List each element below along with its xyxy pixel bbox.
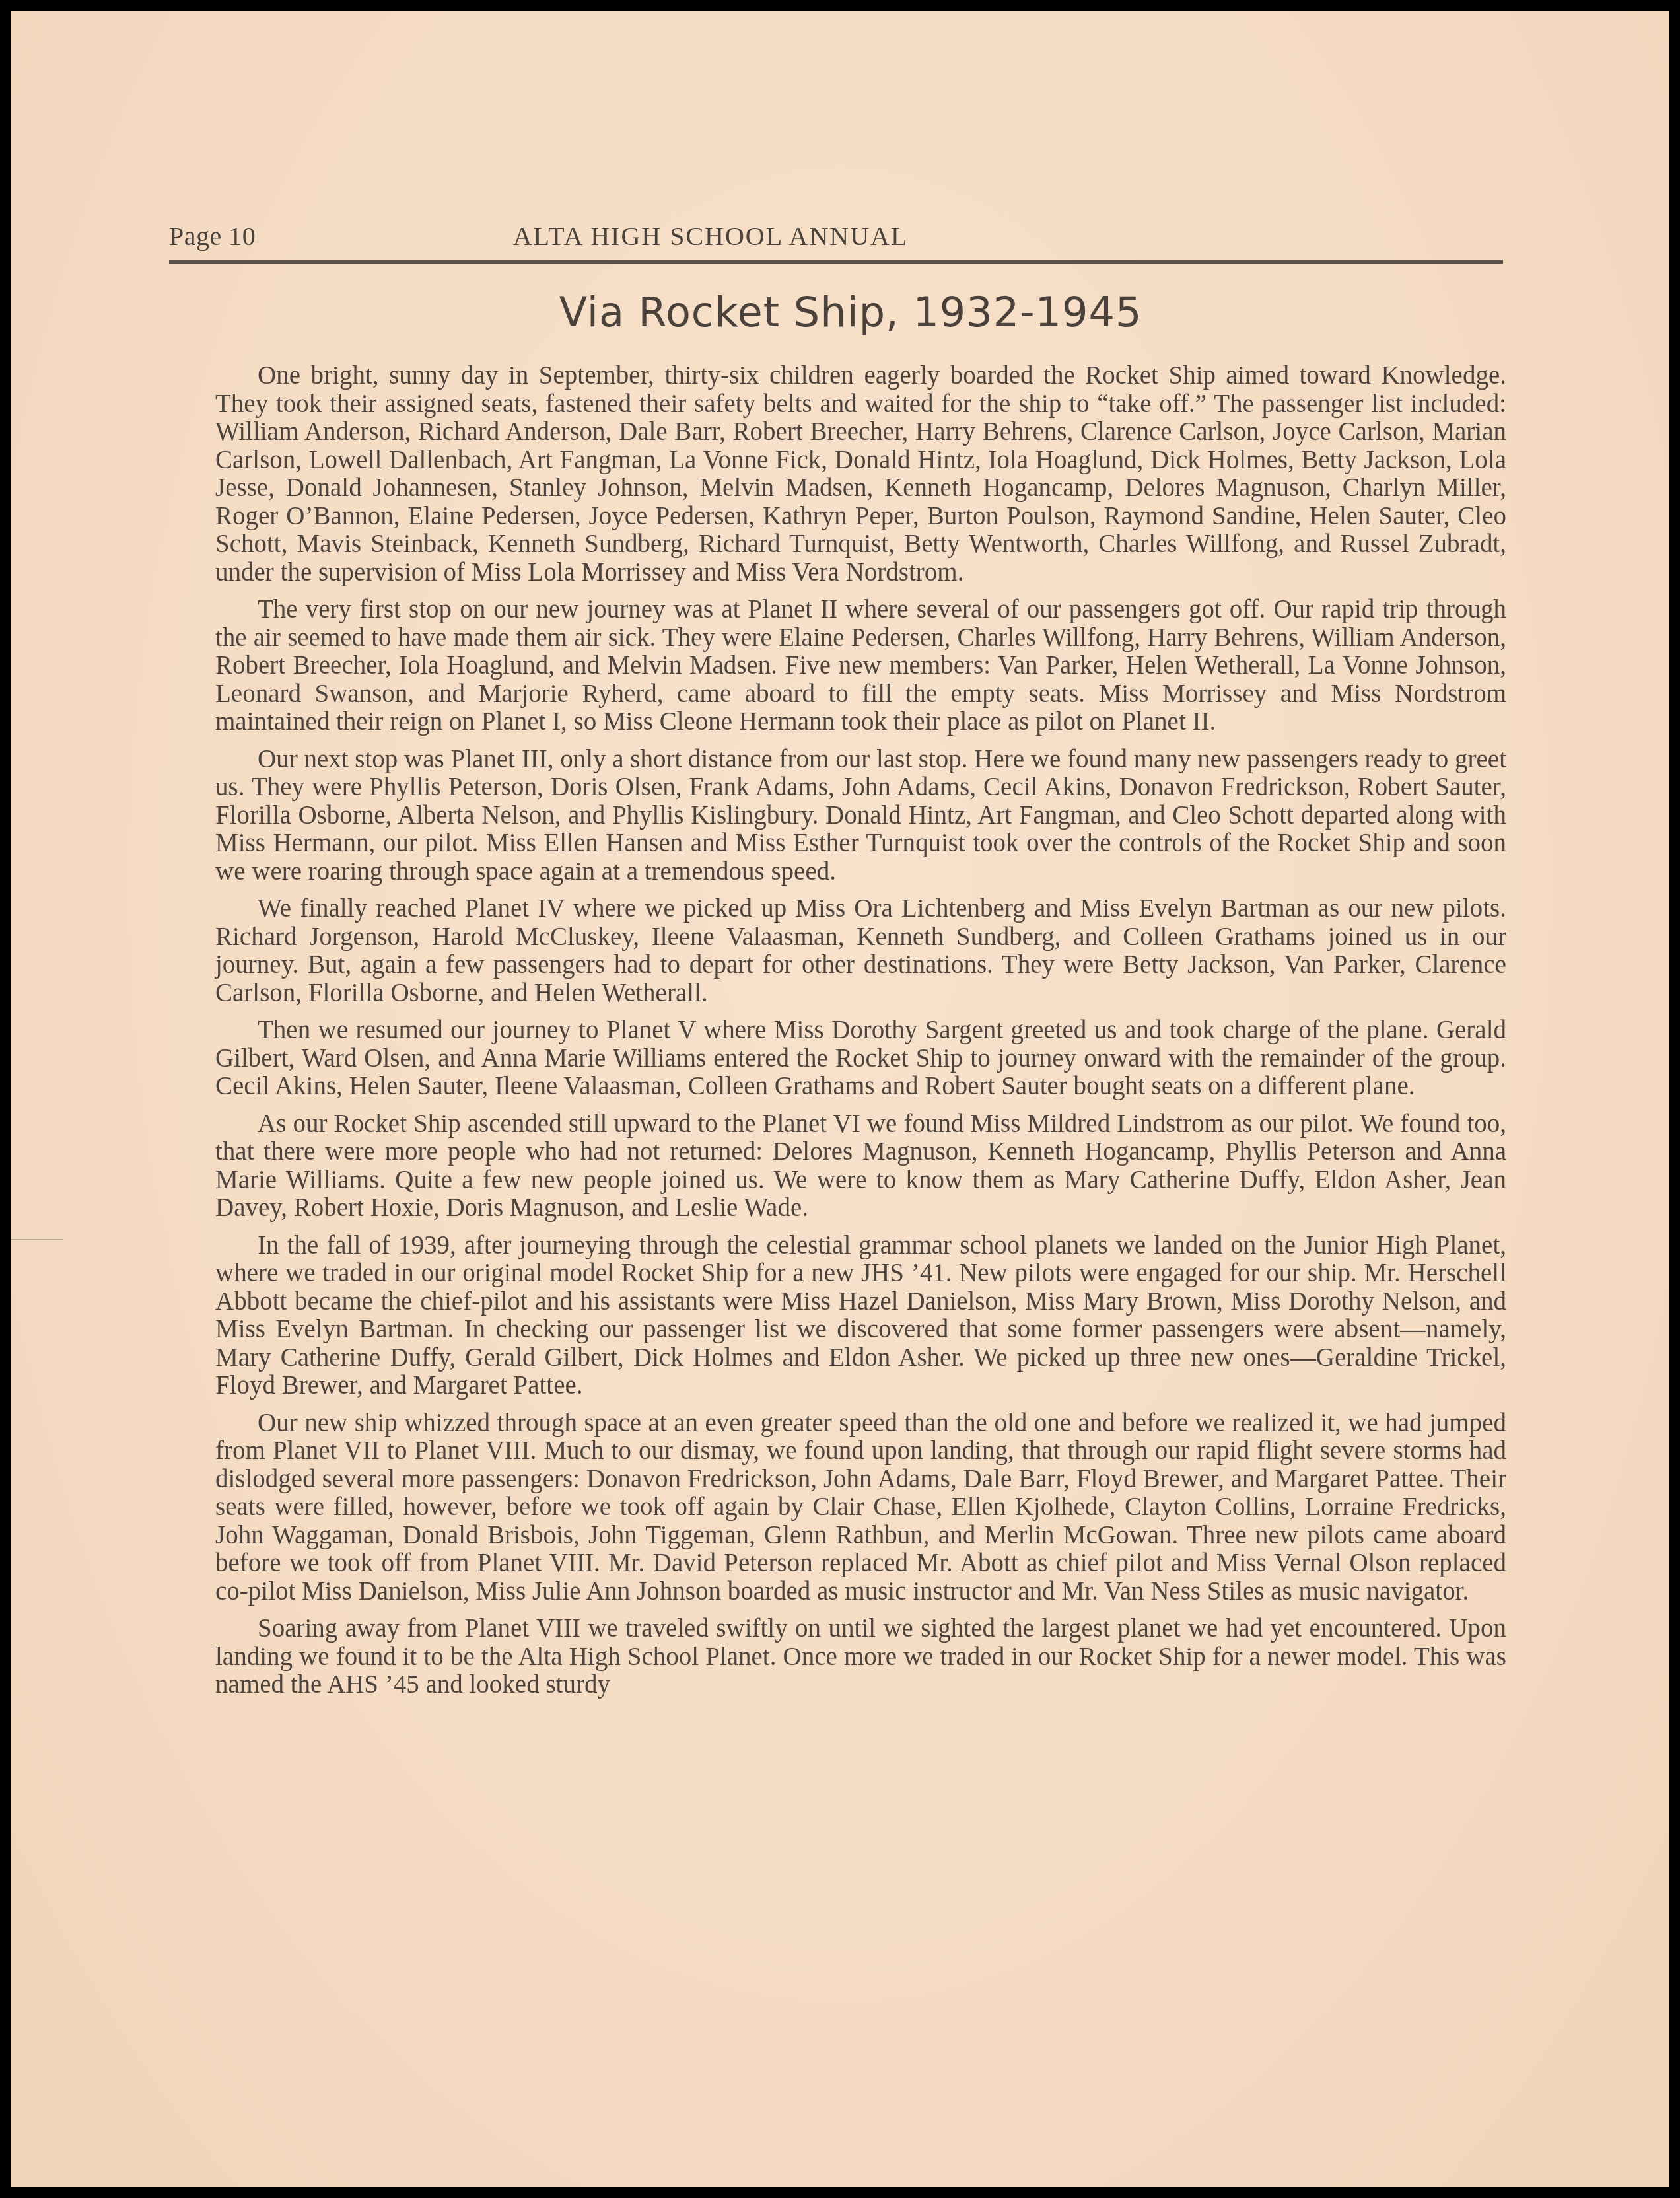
paragraph: As our Rocket Ship ascended still upward… xyxy=(215,1110,1506,1223)
paragraph: One bright, sunny day in September, thir… xyxy=(215,362,1506,586)
paragraph: Soaring away from Planet VIII we travele… xyxy=(215,1615,1506,1699)
article-title: Via Rocket Ship, 1932-1945 xyxy=(11,288,1680,336)
scanned-page: Page 10 ALTA HIGH SCHOOL ANNUAL Via Rock… xyxy=(11,11,1669,2187)
paragraph: In the fall of 1939, after journeying th… xyxy=(215,1232,1506,1400)
running-header: Page 10 ALTA HIGH SCHOOL ANNUAL xyxy=(169,221,1503,260)
article-body: One bright, sunny day in September, thir… xyxy=(215,362,1506,1709)
paragraph: We finally reached Planet IV where we pi… xyxy=(215,895,1506,1007)
paragraph: Our next stop was Planet III, only a sho… xyxy=(215,746,1506,886)
paper-fold-mark xyxy=(11,1239,63,1240)
publication-title: ALTA HIGH SCHOOL ANNUAL xyxy=(169,221,1252,252)
header-rule xyxy=(169,260,1503,264)
paragraph: Our new ship whizzed through space at an… xyxy=(215,1409,1506,1606)
paragraph: Then we resumed our journey to Planet V … xyxy=(215,1016,1506,1101)
paragraph: The very first stop on our new journey w… xyxy=(215,596,1506,736)
